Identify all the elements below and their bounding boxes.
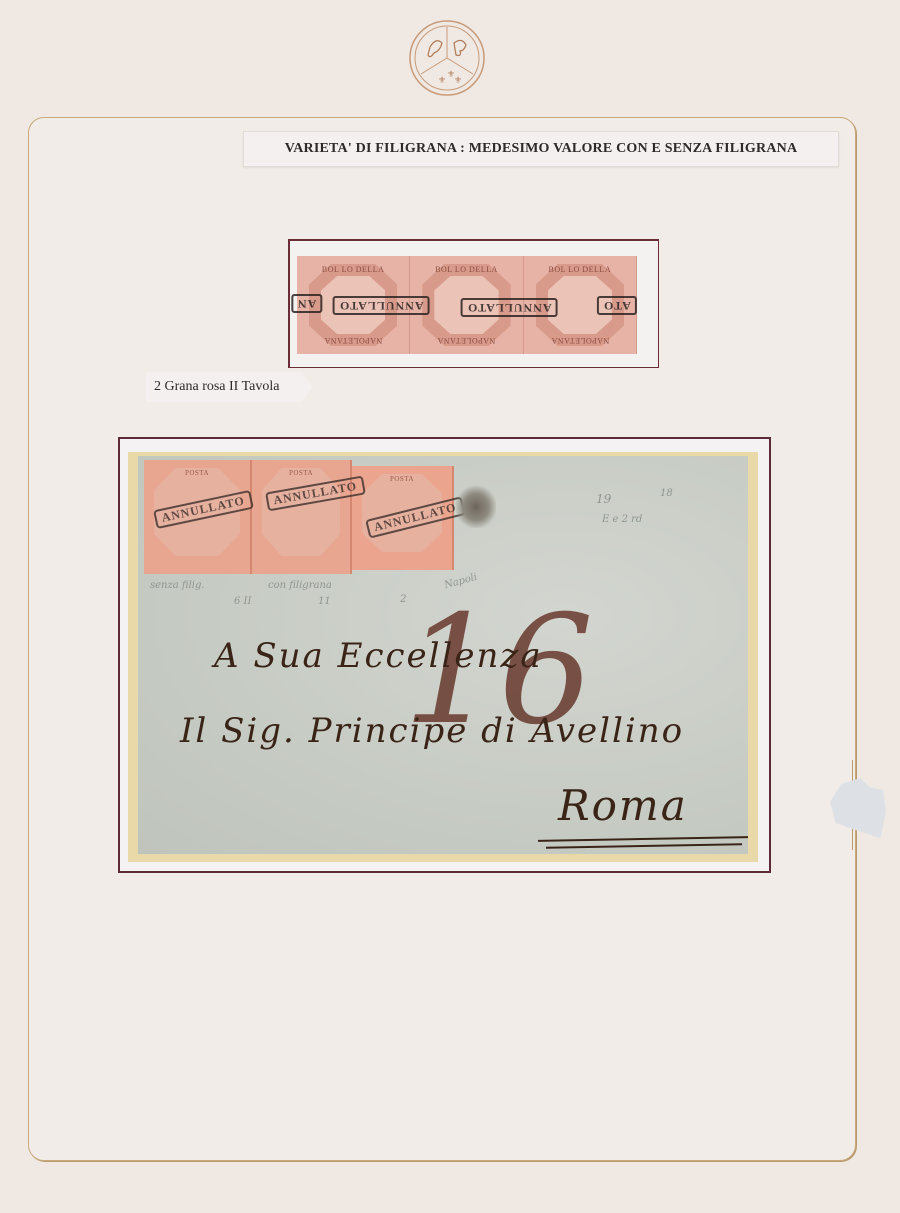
stamp-top-text: BOL LO DELLA xyxy=(297,265,409,274)
cancel-mark: ANNULLATO xyxy=(461,298,558,317)
pencil-note: 18 xyxy=(660,488,673,499)
underline xyxy=(546,843,742,848)
stamp-bottom-text: NAPOLETANA xyxy=(524,336,636,345)
cover-paper: POSTA POSTA POSTA ANNULLATO ANNULLATO AN… xyxy=(138,456,748,854)
stamp-bottom-text: NAPOLETANA xyxy=(297,336,409,345)
address-line: Il Sig. Principe di Avellino xyxy=(180,711,684,751)
address-line: A Sua Eccellenza xyxy=(214,636,543,676)
stamp-strip: BOL LO DELLA NAPOLETANA BOL LO DELLA NAP… xyxy=(297,256,637,354)
page-title: VARIETA' DI FILIGRANA : MEDESIMO VALORE … xyxy=(243,131,839,167)
address-line: Roma xyxy=(558,781,688,830)
coat-of-arms-emblem: ⚜ ⚜ ⚜ xyxy=(408,19,486,97)
stamp-bottom-text: NAPOLETANA xyxy=(410,336,522,345)
pencil-note: 19 xyxy=(596,492,611,506)
svg-text:⚜: ⚜ xyxy=(454,75,462,85)
pencil-note: con filigrana xyxy=(268,580,332,591)
pencil-note: 11 xyxy=(318,596,331,607)
pencil-note: 6 II xyxy=(234,596,251,607)
postmark-smudge xyxy=(456,486,496,528)
stamp-top-text: BOL LO DELLA xyxy=(410,265,522,274)
cover-mount: POSTA POSTA POSTA ANNULLATO ANNULLATO AN… xyxy=(118,437,771,873)
pencil-note: senza filig. xyxy=(150,580,205,591)
underline xyxy=(538,836,748,842)
cover: POSTA POSTA POSTA ANNULLATO ANNULLATO AN… xyxy=(128,452,758,862)
stamp-top-text: BOL LO DELLA xyxy=(524,265,636,274)
svg-text:⚜: ⚜ xyxy=(438,75,446,85)
stamp-strip-mount: BOL LO DELLA NAPOLETANA BOL LO DELLA NAP… xyxy=(288,239,659,368)
cancel-mark: ANNULLATO xyxy=(333,296,430,315)
caption-label: 2 Grana rosa II Tavola xyxy=(146,372,312,402)
pencil-note: E e 2 rd xyxy=(602,514,642,525)
cancel-mark: ATO xyxy=(597,296,637,315)
stamp: POSTA xyxy=(252,460,352,574)
cancel-mark: AN xyxy=(291,294,322,313)
